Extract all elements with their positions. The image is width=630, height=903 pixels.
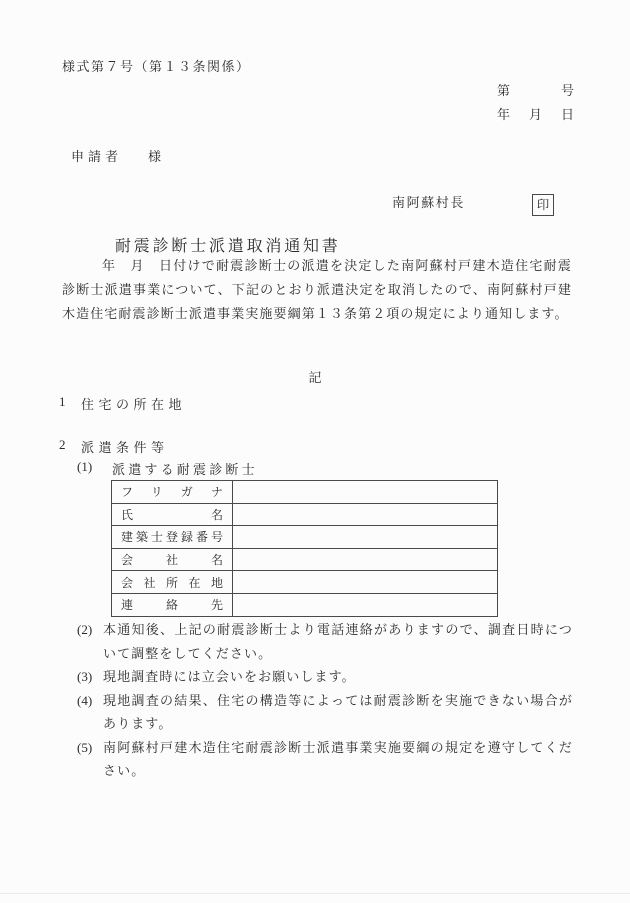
note-2-number: (2) <box>77 618 103 665</box>
table-label-furigana: フリガナ <box>112 481 233 504</box>
note-item-2: (2) 本通知後、上記の耐震診断士より電話連絡がありますので、調査日時について調… <box>77 618 573 665</box>
record-marker: 記 <box>0 367 630 386</box>
table-label-contact: 連絡先 <box>112 593 233 616</box>
item-2-text: 派遣条件等 <box>81 437 169 456</box>
addressee-name: 申請者 <box>71 146 122 165</box>
date-month-label: 月 <box>529 104 542 123</box>
table-label-company-name: 会社名 <box>112 548 233 571</box>
issuer-title: 南阿蘇村長 <box>392 192 465 211</box>
note-3-text: 現地調査時には立会いをお願いします。 <box>103 665 573 689</box>
doc-number-suffix: 号 <box>561 80 574 99</box>
table-label-architect-registration-number: 建築士登録番号 <box>112 526 233 549</box>
note-item-4: (4) 現地調査の結果、住宅の構造等によっては耐震診断を実施できない場合がありま… <box>77 689 573 736</box>
note-3-number: (3) <box>77 665 103 689</box>
diagnostician-info-table: フリガナ 氏名 建築士登録番号 会社名 会社所在地 連絡先 <box>111 480 498 617</box>
seal-placeholder: 印 <box>532 194 554 216</box>
table-row: フリガナ <box>112 481 498 504</box>
form-number-label: 様式第７号（第１３条関係） <box>62 56 251 75</box>
subitem-1-number: (1) <box>77 459 112 478</box>
table-value-architect-registration-number <box>233 526 498 549</box>
date-year-label: 年 <box>497 104 510 123</box>
table-row: 建築士登録番号 <box>112 526 498 549</box>
table-value-company-name <box>233 548 498 571</box>
note-4-text: 現地調査の結果、住宅の構造等によっては耐震診断を実施できない場合があります。 <box>103 689 573 736</box>
table-row: 氏名 <box>112 503 498 526</box>
item-dispatch-conditions: 2 派遣条件等 <box>59 437 169 456</box>
item-house-location: 1 住宅の所在地 <box>59 394 186 413</box>
addressee-honorific: 様 <box>148 146 161 165</box>
table-row: 会社名 <box>112 548 498 571</box>
page-boundary-line <box>0 893 630 894</box>
table-value-furigana <box>233 481 498 504</box>
table-value-contact <box>233 593 498 616</box>
note-item-5: (5) 南阿蘇村戸建木造住宅耐震診断士派遣事業実施要綱の規定を遵守してください。 <box>77 736 573 783</box>
table-row: 会社所在地 <box>112 571 498 594</box>
notes-list: (2) 本通知後、上記の耐震診断士より電話連絡がありますので、調査日時について調… <box>77 618 573 783</box>
note-4-number: (4) <box>77 689 103 736</box>
doc-number-prefix: 第 <box>497 80 510 99</box>
item-1-text: 住宅の所在地 <box>81 394 186 413</box>
subitem-dispatched-diagnostician: (1) 派遣する耐震診断士 <box>77 459 258 478</box>
note-5-number: (5) <box>77 736 103 783</box>
table-row: 連絡先 <box>112 593 498 616</box>
table-value-name <box>233 503 498 526</box>
date-day-label: 日 <box>561 104 574 123</box>
table-label-company-address: 会社所在地 <box>112 571 233 594</box>
body-paragraph: 年 月 日付けで耐震診断士の派遣を決定した南阿蘇村戸建木造住宅耐震診断士派遣事業… <box>62 254 572 326</box>
subitem-1-text: 派遣する耐震診断士 <box>112 459 258 478</box>
item-1-number: 1 <box>59 394 81 413</box>
item-2-number: 2 <box>59 437 81 456</box>
document-number-line: 第 号 <box>497 80 574 99</box>
note-5-text: 南阿蘇村戸建木造住宅耐震診断士派遣事業実施要綱の規定を遵守してください。 <box>103 736 573 783</box>
date-line: 年 月 日 <box>497 104 574 123</box>
document-title: 耐震診断士派遣取消通知書 <box>115 233 341 256</box>
table-value-company-address <box>233 571 498 594</box>
document-page: 様式第７号（第１３条関係） 第 号 年 月 日 申請者 様 南阿蘇村長 印 耐震… <box>0 0 630 903</box>
table-label-name: 氏名 <box>112 503 233 526</box>
addressee-line: 申請者 様 <box>71 146 161 165</box>
note-item-3: (3) 現地調査時には立会いをお願いします。 <box>77 665 573 689</box>
note-2-text: 本通知後、上記の耐震診断士より電話連絡がありますので、調査日時について調整をして… <box>103 618 573 665</box>
